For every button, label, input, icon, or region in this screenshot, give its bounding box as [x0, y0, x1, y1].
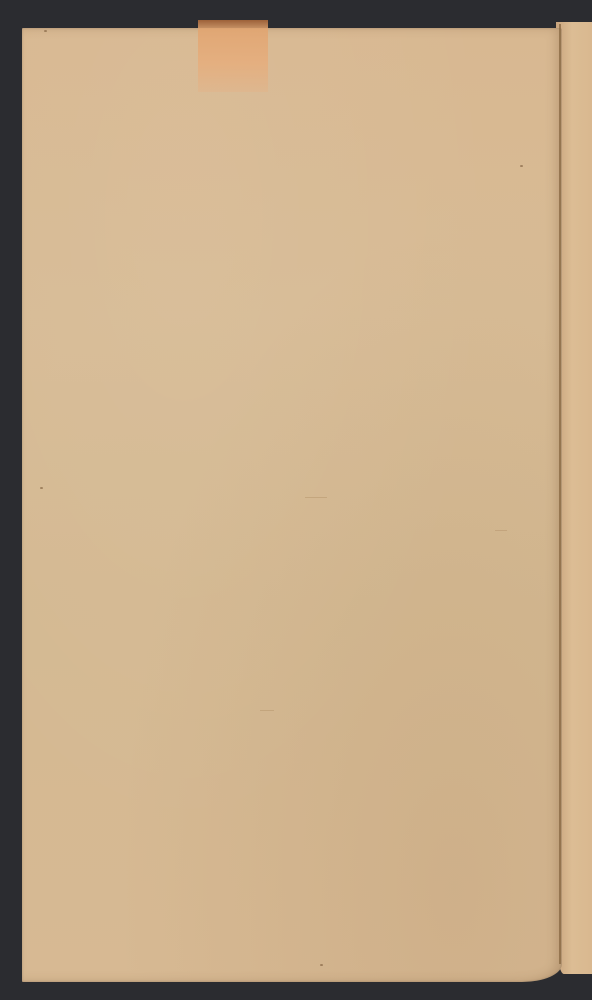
paper-fiber: [260, 710, 274, 711]
paper-speck: [44, 30, 47, 32]
orange-tab-mark: [198, 20, 268, 92]
paper-speck: [40, 487, 43, 489]
paper-fiber: [305, 497, 327, 498]
blank-page: [22, 28, 562, 982]
page-gutter-line: [559, 24, 561, 964]
paper-fiber: [495, 530, 507, 531]
paper-speck: [520, 165, 523, 167]
paper-speck: [320, 964, 323, 966]
